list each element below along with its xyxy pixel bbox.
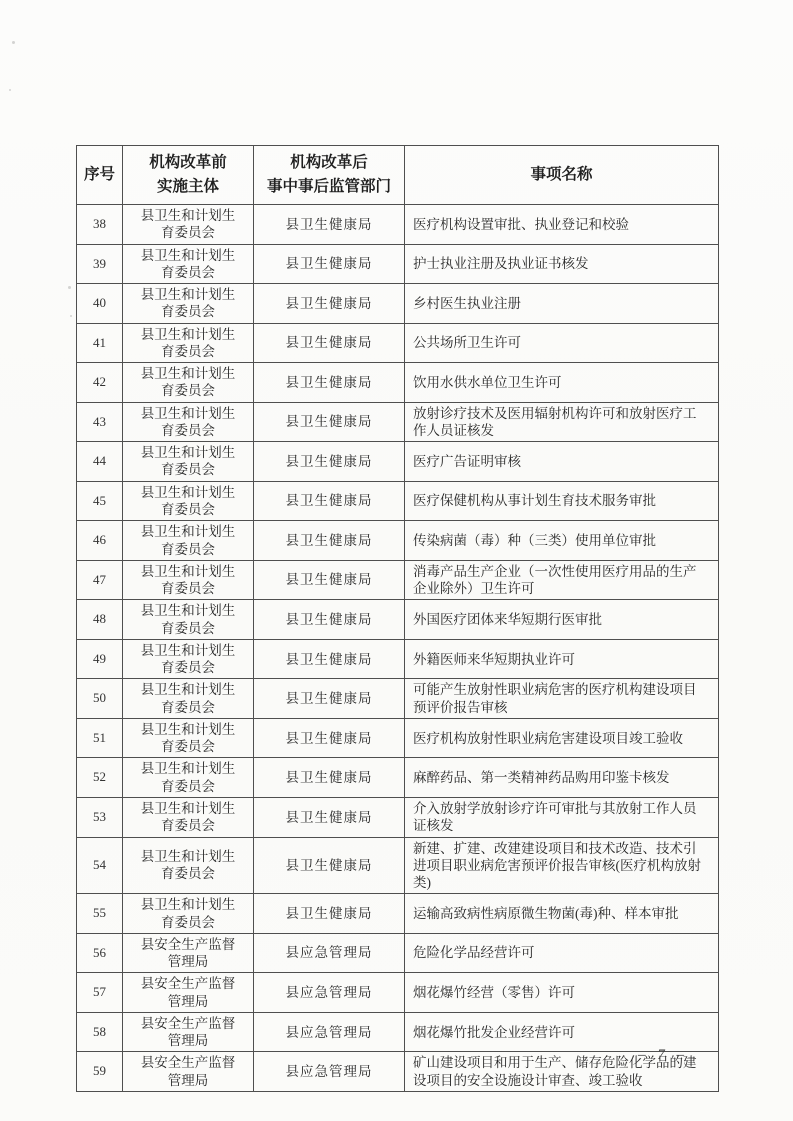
scan-artifact-dot — [68, 286, 71, 289]
row-no: 57 — [77, 973, 123, 1013]
row-item-name: 饮用水供水单位卫生许可 — [405, 363, 719, 403]
header-item-name: 事项名称 — [405, 146, 719, 205]
header-no: 序号 — [77, 146, 123, 205]
scan-artifact-dot — [70, 315, 72, 317]
row-after-department: 县卫生健康局 — [254, 600, 405, 640]
row-after-department: 县卫生健康局 — [254, 894, 405, 934]
row-after-department: 县卫生健康局 — [254, 402, 405, 442]
row-before-body: 县卫生和计划生育委员会 — [123, 894, 254, 934]
row-no: 46 — [77, 521, 123, 561]
table-row: 54 县卫生和计划生育委员会 县卫生健康局 新建、扩建、改建建设项目和技术改造、… — [77, 837, 719, 894]
row-before-body: 县卫生和计划生育委员会 — [123, 837, 254, 894]
table-row: 39 县卫生和计划生育委员会 县卫生健康局 护士执业注册及执业证书核发 — [77, 244, 719, 284]
row-item-name: 公共场所卫生许可 — [405, 323, 719, 363]
row-before-body: 县卫生和计划生育委员会 — [123, 323, 254, 363]
row-no: 45 — [77, 481, 123, 521]
table-row: 45 县卫生和计划生育委员会 县卫生健康局 医疗保健机构从事计划生育技术服务审批 — [77, 481, 719, 521]
header-before-line2: 实施主体 — [125, 175, 251, 199]
row-no: 39 — [77, 244, 123, 284]
header-no-label: 序号 — [79, 163, 120, 187]
row-no: 47 — [77, 560, 123, 600]
row-no: 53 — [77, 798, 123, 838]
scanned-page: 序号 机构改革前 实施主体 机构改革后 事中事后监管部门 事项名称 38 县卫生… — [0, 0, 793, 1121]
row-no: 56 — [77, 933, 123, 973]
row-before-body: 县卫生和计划生育委员会 — [123, 402, 254, 442]
row-after-department: 县卫生健康局 — [254, 837, 405, 894]
row-after-department: 县应急管理局 — [254, 1012, 405, 1052]
row-no: 41 — [77, 323, 123, 363]
row-after-department: 县应急管理局 — [254, 1052, 405, 1092]
row-after-department: 县卫生健康局 — [254, 205, 405, 245]
row-after-department: 县卫生健康局 — [254, 758, 405, 798]
row-before-body: 县卫生和计划生育委员会 — [123, 442, 254, 482]
row-after-department: 县卫生健康局 — [254, 481, 405, 521]
row-after-department: 县卫生健康局 — [254, 363, 405, 403]
row-before-body: 县卫生和计划生育委员会 — [123, 560, 254, 600]
row-item-name: 危险化学品经营许可 — [405, 933, 719, 973]
header-before-reform: 机构改革前 实施主体 — [123, 146, 254, 205]
row-before-body: 县卫生和计划生育委员会 — [123, 521, 254, 561]
header-after-reform: 机构改革后 事中事后监管部门 — [254, 146, 405, 205]
row-item-name: 医疗保健机构从事计划生育技术服务审批 — [405, 481, 719, 521]
row-no: 55 — [77, 894, 123, 934]
row-no: 38 — [77, 205, 123, 245]
row-before-body: 县卫生和计划生育委员会 — [123, 600, 254, 640]
row-item-name: 医疗广告证明审核 — [405, 442, 719, 482]
row-before-body: 县卫生和计划生育委员会 — [123, 284, 254, 324]
row-after-department: 县卫生健康局 — [254, 244, 405, 284]
row-after-department: 县卫生健康局 — [254, 521, 405, 561]
row-after-department: 县卫生健康局 — [254, 442, 405, 482]
table-row: 57 县安全生产监督管理局 县应急管理局 烟花爆竹经营（零售）许可 — [77, 973, 719, 1013]
table-row: 46 县卫生和计划生育委员会 县卫生健康局 传染病菌（毒）种（三类）使用单位审批 — [77, 521, 719, 561]
row-before-body: 县卫生和计划生育委员会 — [123, 205, 254, 245]
row-no: 42 — [77, 363, 123, 403]
table-row: 49 县卫生和计划生育委员会 县卫生健康局 外籍医师来华短期执业许可 — [77, 639, 719, 679]
row-before-body: 县卫生和计划生育委员会 — [123, 481, 254, 521]
row-item-name: 乡村医生执业注册 — [405, 284, 719, 324]
table-row: 44 县卫生和计划生育委员会 县卫生健康局 医疗广告证明审核 — [77, 442, 719, 482]
row-item-name: 可能产生放射性职业病危害的医疗机构建设项目预评价报告审核 — [405, 679, 719, 719]
row-no: 52 — [77, 758, 123, 798]
row-before-body: 县安全生产监督管理局 — [123, 1052, 254, 1092]
row-before-body: 县卫生和计划生育委员会 — [123, 363, 254, 403]
row-no: 58 — [77, 1012, 123, 1052]
table-row: 59 县安全生产监督管理局 县应急管理局 矿山建设项目和用于生产、储存危险化学品… — [77, 1052, 719, 1092]
table-row: 53 县卫生和计划生育委员会 县卫生健康局 介入放射学放射诊疗许可审批与其放射工… — [77, 798, 719, 838]
row-item-name: 外国医疗团体来华短期行医审批 — [405, 600, 719, 640]
table-row: 52 县卫生和计划生育委员会 县卫生健康局 麻醉药品、第一类精神药品购用印鉴卡核… — [77, 758, 719, 798]
row-item-name: 消毒产品生产企业（一次性使用医疗用品的生产企业除外）卫生许可 — [405, 560, 719, 600]
row-item-name: 医疗机构设置审批、执业登记和校验 — [405, 205, 719, 245]
scan-artifact-dot — [12, 41, 15, 44]
row-before-body: 县卫生和计划生育委员会 — [123, 718, 254, 758]
row-no: 44 — [77, 442, 123, 482]
row-after-department: 县卫生健康局 — [254, 639, 405, 679]
page-number: – 7 – — [638, 1047, 688, 1064]
row-after-department: 县卫生健康局 — [254, 679, 405, 719]
row-after-department: 县应急管理局 — [254, 973, 405, 1013]
row-no: 49 — [77, 639, 123, 679]
row-item-name: 运输高致病性病原微生物菌(毒)种、样本审批 — [405, 894, 719, 934]
row-no: 43 — [77, 402, 123, 442]
row-after-department: 县应急管理局 — [254, 933, 405, 973]
row-item-name: 烟花爆竹经营（零售）许可 — [405, 973, 719, 1013]
table-row: 56 县安全生产监督管理局 县应急管理局 危险化学品经营许可 — [77, 933, 719, 973]
row-before-body: 县安全生产监督管理局 — [123, 973, 254, 1013]
row-before-body: 县安全生产监督管理局 — [123, 1012, 254, 1052]
header-item-label: 事项名称 — [407, 163, 716, 187]
table-row: 43 县卫生和计划生育委员会 县卫生健康局 放射诊疗技术及医用辐射机构许可和放射… — [77, 402, 719, 442]
regulatory-items-table: 序号 机构改革前 实施主体 机构改革后 事中事后监管部门 事项名称 38 县卫生… — [76, 145, 719, 1092]
row-before-body: 县卫生和计划生育委员会 — [123, 639, 254, 679]
row-before-body: 县安全生产监督管理局 — [123, 933, 254, 973]
row-item-name: 介入放射学放射诊疗许可审批与其放射工作人员证核发 — [405, 798, 719, 838]
table-row: 55 县卫生和计划生育委员会 县卫生健康局 运输高致病性病原微生物菌(毒)种、样… — [77, 894, 719, 934]
table-header-row: 序号 机构改革前 实施主体 机构改革后 事中事后监管部门 事项名称 — [77, 146, 719, 205]
row-no: 59 — [77, 1052, 123, 1092]
row-item-name: 放射诊疗技术及医用辐射机构许可和放射医疗工作人员证核发 — [405, 402, 719, 442]
table-header: 序号 机构改革前 实施主体 机构改革后 事中事后监管部门 事项名称 — [77, 146, 719, 205]
table-row: 50 县卫生和计划生育委员会 县卫生健康局 可能产生放射性职业病危害的医疗机构建… — [77, 679, 719, 719]
row-after-department: 县卫生健康局 — [254, 718, 405, 758]
row-after-department: 县卫生健康局 — [254, 798, 405, 838]
row-after-department: 县卫生健康局 — [254, 284, 405, 324]
table-row: 51 县卫生和计划生育委员会 县卫生健康局 医疗机构放射性职业病危害建设项目竣工… — [77, 718, 719, 758]
row-after-department: 县卫生健康局 — [254, 323, 405, 363]
row-item-name: 麻醉药品、第一类精神药品购用印鉴卡核发 — [405, 758, 719, 798]
row-before-body: 县卫生和计划生育委员会 — [123, 244, 254, 284]
row-no: 51 — [77, 718, 123, 758]
row-no: 54 — [77, 837, 123, 894]
table-row: 38 县卫生和计划生育委员会 县卫生健康局 医疗机构设置审批、执业登记和校验 — [77, 205, 719, 245]
row-no: 40 — [77, 284, 123, 324]
table-body: 38 县卫生和计划生育委员会 县卫生健康局 医疗机构设置审批、执业登记和校验 3… — [77, 205, 719, 1092]
row-no: 48 — [77, 600, 123, 640]
table-row: 42 县卫生和计划生育委员会 县卫生健康局 饮用水供水单位卫生许可 — [77, 363, 719, 403]
row-item-name: 外籍医师来华短期执业许可 — [405, 639, 719, 679]
row-item-name: 护士执业注册及执业证书核发 — [405, 244, 719, 284]
row-before-body: 县卫生和计划生育委员会 — [123, 798, 254, 838]
table-row: 41 县卫生和计划生育委员会 县卫生健康局 公共场所卫生许可 — [77, 323, 719, 363]
table-row: 47 县卫生和计划生育委员会 县卫生健康局 消毒产品生产企业（一次性使用医疗用品… — [77, 560, 719, 600]
table-row: 58 县安全生产监督管理局 县应急管理局 烟花爆竹批发企业经营许可 — [77, 1012, 719, 1052]
header-after-line1: 机构改革后 — [256, 151, 402, 175]
table-row: 40 县卫生和计划生育委员会 县卫生健康局 乡村医生执业注册 — [77, 284, 719, 324]
header-before-line1: 机构改革前 — [125, 151, 251, 175]
header-after-line2: 事中事后监管部门 — [256, 175, 402, 199]
row-no: 50 — [77, 679, 123, 719]
row-item-name: 医疗机构放射性职业病危害建设项目竣工验收 — [405, 718, 719, 758]
row-item-name: 传染病菌（毒）种（三类）使用单位审批 — [405, 521, 719, 561]
row-after-department: 县卫生健康局 — [254, 560, 405, 600]
scan-artifact-dot — [9, 89, 11, 91]
table-row: 48 县卫生和计划生育委员会 县卫生健康局 外国医疗团体来华短期行医审批 — [77, 600, 719, 640]
row-before-body: 县卫生和计划生育委员会 — [123, 758, 254, 798]
row-before-body: 县卫生和计划生育委员会 — [123, 679, 254, 719]
row-item-name: 新建、扩建、改建建设项目和技术改造、技术引进项目职业病危害预评价报告审核(医疗机… — [405, 837, 719, 894]
